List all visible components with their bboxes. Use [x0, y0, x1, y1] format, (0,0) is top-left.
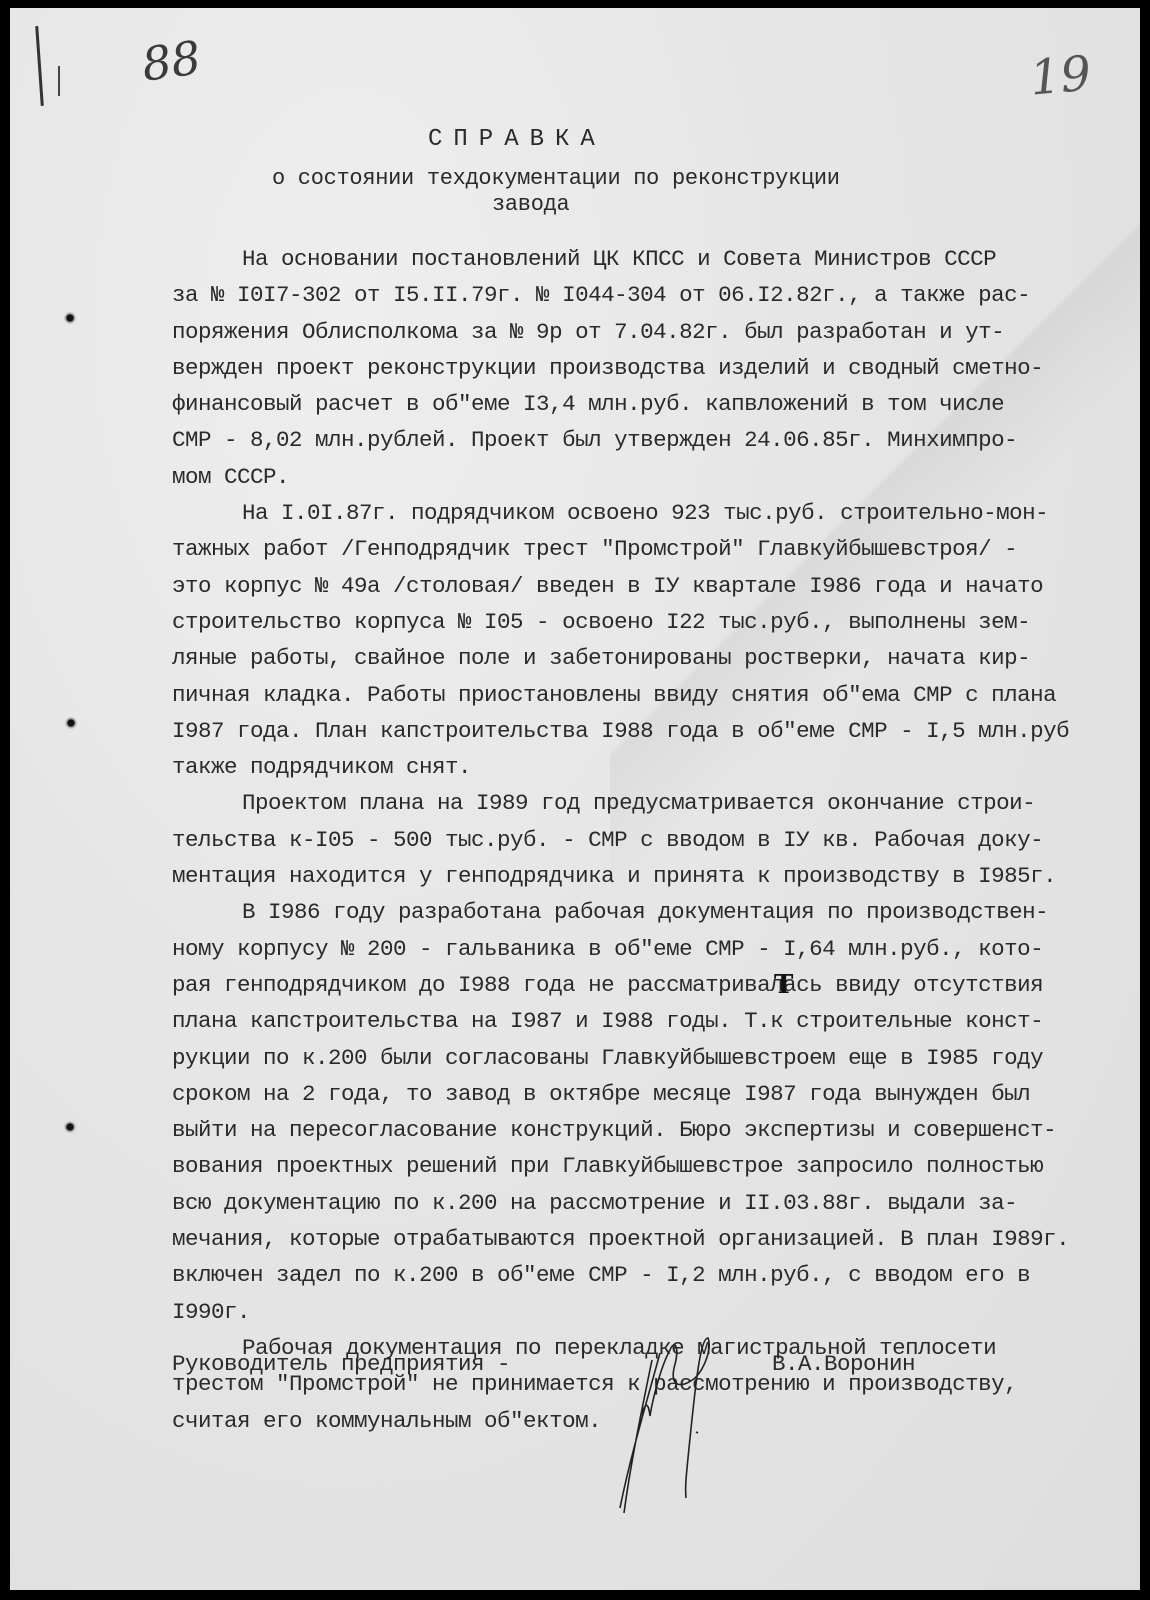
handwritten-archive-number: 88 [139, 30, 204, 92]
text-line: сроком на 2 года, то завод в октябре мес… [172, 1076, 1122, 1112]
margin-pencil-mark [58, 66, 60, 96]
text-line: мом СССР. [172, 459, 1122, 495]
text-line: ментация находится у генподрядчика и при… [172, 858, 1122, 894]
punch-hole-icon [64, 1121, 76, 1133]
text-line: На I.0I.87г. подрядчиком освоено 923 тыс… [172, 495, 1122, 531]
text-line: плана капстроительства на I987 и I988 го… [172, 1003, 1122, 1039]
text-line: СМР - 8,02 млн.рублей. Проект был утверж… [172, 422, 1122, 458]
text-line: тажных работ /Генподрядчик трест "Промст… [172, 531, 1122, 567]
handwritten-correction-mark: Т [774, 970, 793, 1000]
text-line: строительство корпуса № I05 - освоено I2… [172, 604, 1122, 640]
text-line: В I986 году разработана рабочая документ… [172, 894, 1122, 930]
punch-hole-icon [65, 717, 77, 729]
text-line: считая его коммунальным об"ектом. [172, 1403, 1122, 1439]
text-line: финансовый расчет в об"еме I3,4 млн.руб.… [172, 386, 1122, 422]
text-line: включен задел по к.200 в об"еме СМР - I,… [172, 1257, 1122, 1293]
text-line: за № I0I7-302 от I5.II.79г. № I044-304 о… [172, 277, 1122, 313]
document-body: На основании постановлений ЦК КПСС и Сов… [172, 241, 1122, 1439]
document-title: СПРАВКА [10, 126, 1140, 153]
text-line: ному корпусу № 200 - гальваника в об"еме… [172, 931, 1122, 967]
text-line: это корпус № 49а /столовая/ введен в IУ … [172, 568, 1122, 604]
text-line: всю документацию по к.200 на рассмотрени… [172, 1185, 1122, 1221]
text-line: также подрядчиком снят. [172, 749, 1122, 785]
text-line: вержден проект реконструкции производств… [172, 350, 1122, 386]
document-subtitle: о состоянии техдокументации по реконстру… [272, 166, 840, 218]
text-line: пичная кладка. Работы приостановлены вви… [172, 677, 1122, 713]
punch-hole-icon [64, 312, 76, 324]
text-line: На основании постановлений ЦК КПСС и Сов… [172, 241, 1122, 277]
text-line: поряжения Облисполкома за № 9р от 7.04.8… [172, 314, 1122, 350]
margin-pencil-mark [35, 26, 44, 106]
document-page: 88 19 СПРАВКА о состоянии техдокументаци… [10, 8, 1140, 1590]
text-line: вования проектных решений при Главкуйбыш… [172, 1148, 1122, 1184]
subtitle-line-2: завода [272, 192, 840, 218]
handwritten-sheet-number: 19 [1028, 45, 1094, 106]
text-line: ляные работы, свайное поле и забетониров… [172, 640, 1122, 676]
text-line: выйти на пересогласование конструкций. Б… [172, 1112, 1122, 1148]
signatory-name: В.А.Воронин [772, 1351, 915, 1377]
text-line: мечания, которые отрабатываются проектно… [172, 1221, 1122, 1257]
text-line: рая генподрядчиком до I988 года не рассм… [172, 967, 1122, 1003]
text-line: I987 года. План капстроительства I988 го… [172, 713, 1122, 749]
text-line: тельства к-I05 - 500 тыс.руб. - СМР с вв… [172, 822, 1122, 858]
text-line: Проектом плана на I989 год предусматрива… [172, 785, 1122, 821]
signatory-title: Руководитель предприятия - [172, 1351, 510, 1377]
subtitle-line-1: о состоянии техдокументации по реконстру… [272, 166, 840, 191]
text-line: рукции по к.200 были согласованы Главкуй… [172, 1040, 1122, 1076]
text-line: I990г. [172, 1294, 1122, 1330]
